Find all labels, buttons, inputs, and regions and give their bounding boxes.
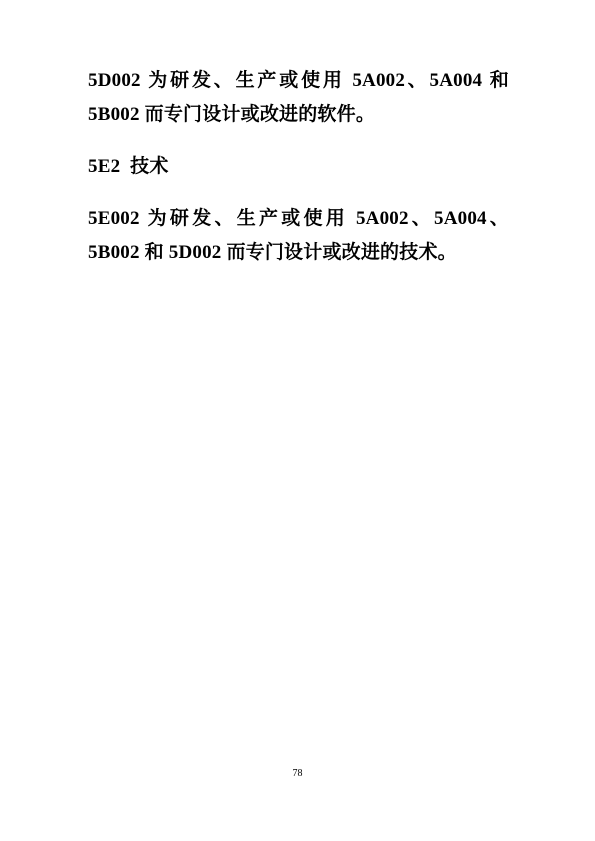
document-body: 5D002 为研发、生产或使用 5A002、5A004 和 5B002 而专门设… bbox=[88, 64, 509, 270]
paragraph-5d002: 5D002 为研发、生产或使用 5A002、5A004 和 5B002 而专门设… bbox=[88, 64, 509, 132]
page-number: 78 bbox=[293, 768, 303, 779]
paragraph-5e002: 5E002 为研发、生产或使用 5A002、5A004、5B002 和 5D00… bbox=[88, 202, 509, 270]
document-page: 5D002 为研发、生产或使用 5A002、5A004 和 5B002 而专门设… bbox=[0, 0, 595, 841]
page-footer: 78 bbox=[0, 763, 595, 781]
section-heading-5e2: 5E2 技术 bbox=[88, 150, 509, 184]
